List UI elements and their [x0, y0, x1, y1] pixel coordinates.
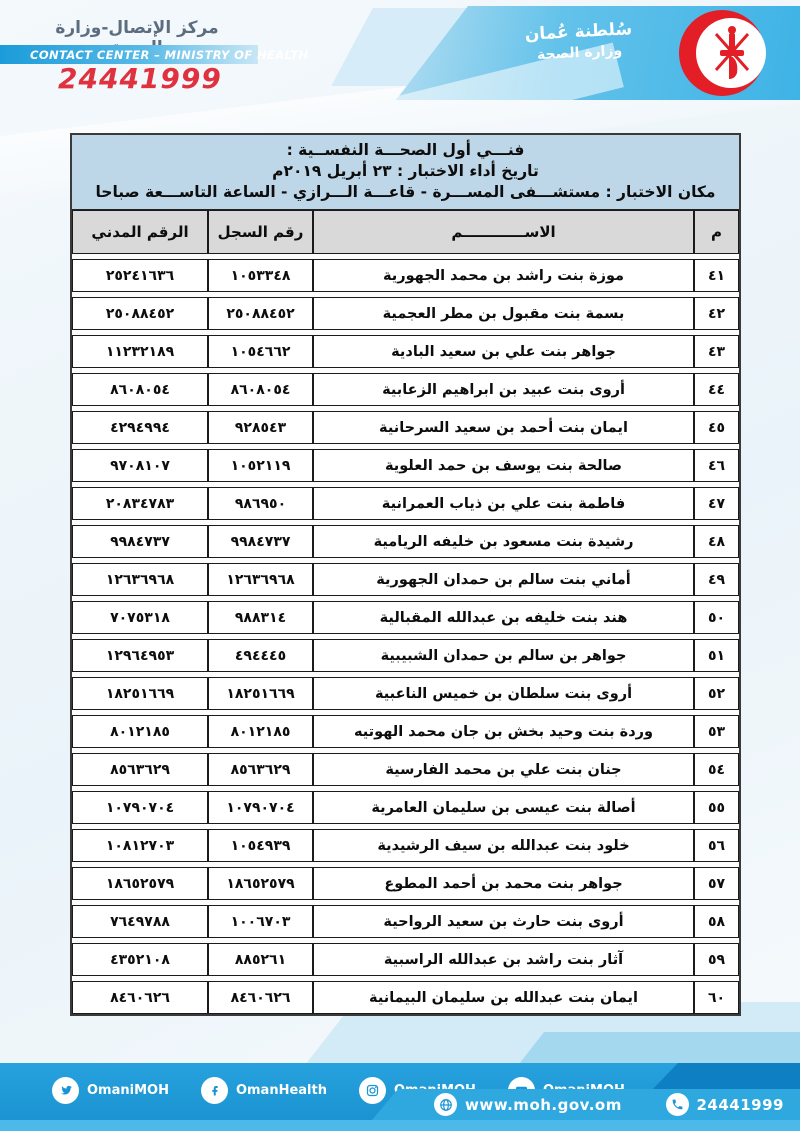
civil-cell: ١٠٨١٢٧٠٣: [72, 829, 208, 862]
serial-cell: ٤٢: [694, 297, 739, 330]
social-link-facebook[interactable]: OmanHealth: [201, 1077, 327, 1104]
footer-phone-text: 24441999: [697, 1096, 785, 1114]
name-cell: جواهر بنت علي بن سعيد البادية: [313, 335, 694, 368]
document-page: مركز الإتصال-وزارة الصحة CONTACT CENTER …: [0, 0, 800, 1131]
registration-cell: ١٨٦٥٢٥٧٩: [208, 867, 313, 900]
registration-cell: ٨٠١٢١٨٥: [208, 715, 313, 748]
serial-cell: ٤٦: [694, 449, 739, 482]
website-link[interactable]: www.moh.gov.om: [434, 1093, 622, 1116]
serial-cell: ٥٤: [694, 753, 739, 786]
column-header-registration: رقم السجل: [208, 210, 313, 254]
civil-cell: ١١٢٣٢١٨٩: [72, 335, 208, 368]
civil-cell: ٢٠٨٣٤٧٨٣: [72, 487, 208, 520]
footer-band: OmaniMOH OmanHealth OmaniMOH: [0, 1063, 800, 1120]
globe-icon: [434, 1093, 457, 1116]
name-cell: موزة بنت راشد بن محمد الجهورية: [313, 259, 694, 292]
hotline-number: 24441999: [58, 62, 222, 95]
registration-cell: ٨٤٦٠٦٢٦: [208, 981, 313, 1014]
name-cell: هند بنت خليفه بن عبدالله المقبالية: [313, 601, 694, 634]
registration-cell: ٩٩٨٤٧٣٧: [208, 525, 313, 558]
civil-cell: ١٨٢٥١٦٦٩: [72, 677, 208, 710]
serial-cell: ٥٠: [694, 601, 739, 634]
registration-cell: ٩٨٦٩٥٠: [208, 487, 313, 520]
serial-cell: ٥٥: [694, 791, 739, 824]
name-cell: جنان بنت علي بن محمد الفارسية: [313, 753, 694, 786]
facebook-icon: [201, 1077, 228, 1104]
name-cell: أماني بنت سالم بن حمدان الجهورية: [313, 563, 694, 596]
civil-cell: ١٢٦٣٦٩٦٨: [72, 563, 208, 596]
registration-cell: ١٨٢٥١٦٦٩: [208, 677, 313, 710]
footer: OmaniMOH OmanHealth OmaniMOH: [0, 1063, 800, 1131]
serial-cell: ٥٩: [694, 943, 739, 976]
civil-cell: ٤٢٩٤٩٩٤: [72, 411, 208, 444]
registration-cell: ١٠٧٩٠٧٠٤: [208, 791, 313, 824]
serial-cell: ٤٥: [694, 411, 739, 444]
name-cell: بسمة بنت مقبول بن مطر العجمية: [313, 297, 694, 330]
registration-cell: ٤٩٤٤٤٥: [208, 639, 313, 672]
serial-cell: ٤٧: [694, 487, 739, 520]
footer-contact-bar: www.moh.gov.om 24441999: [372, 1089, 800, 1120]
civil-cell: ٤٣٥٢١٠٨: [72, 943, 208, 976]
serial-cell: ٥١: [694, 639, 739, 672]
name-cell: أروى بنت سلطان بن خميس الناعبية: [313, 677, 694, 710]
serial-cell: ٦٠: [694, 981, 739, 1014]
contact-center-title-en: CONTACT CENTER – MINISTRY OF HEALTH: [0, 48, 309, 62]
name-cell: ايمان بنت عبدالله بن سليمان البيمانية: [313, 981, 694, 1014]
serial-cell: ٤٤: [694, 373, 739, 406]
footer-dark-polygon: [650, 1063, 800, 1092]
civil-cell: ١٠٧٩٠٧٠٤: [72, 791, 208, 824]
website-text: www.moh.gov.om: [465, 1096, 622, 1114]
name-cell: جواهر بنت محمد بن أحمد المطوع: [313, 867, 694, 900]
serial-cell: ٥٨: [694, 905, 739, 938]
name-cell: خلود بنت عبدالله بن سيف الرشيدية: [313, 829, 694, 862]
registration-cell: ٢٥٠٨٨٤٥٢: [208, 297, 313, 330]
registration-cell: ١٠٥٣٣٤٨: [208, 259, 313, 292]
registration-cell: ١٠٠٦٧٠٣: [208, 905, 313, 938]
civil-cell: ١٢٩٦٤٩٥٣: [72, 639, 208, 672]
serial-cell: ٥٢: [694, 677, 739, 710]
registration-cell: ١٢٦٣٦٩٦٨: [208, 563, 313, 596]
name-cell: فاطمة بنت علي بن ذياب العمرانية: [313, 487, 694, 520]
serial-cell: ٥٦: [694, 829, 739, 862]
name-cell: أروى بنت حارث بن سعيد الرواحية: [313, 905, 694, 938]
name-cell: أروى بنت عبيد بن ابراهيم الزعابية: [313, 373, 694, 406]
serial-cell: ٤١: [694, 259, 739, 292]
registration-cell: ٨٦٠٨٠٥٤: [208, 373, 313, 406]
civil-cell: ١٨٦٥٢٥٧٩: [72, 867, 208, 900]
exam-date: تاريخ أداء الاختبار : ٢٣ أبريل ٢٠١٩م: [80, 161, 731, 182]
serial-cell: ٤٣: [694, 335, 739, 368]
phone-icon: [666, 1093, 689, 1116]
registration-cell: ٩٢٨٥٤٣: [208, 411, 313, 444]
civil-cell: ٢٥٢٤١٦٣٦: [72, 259, 208, 292]
serial-cell: ٤٩: [694, 563, 739, 596]
registration-cell: ١٠٥٢١١٩: [208, 449, 313, 482]
serial-cell: ٥٣: [694, 715, 739, 748]
name-cell: جواهر بن سالم بن حمدان الشبيبية: [313, 639, 694, 672]
civil-cell: ٨٤٦٠٦٢٦: [72, 981, 208, 1014]
registration-cell: ٨٥٦٣٦٢٩: [208, 753, 313, 786]
social-label: OmaniMOH: [87, 1083, 169, 1098]
name-cell: صالحة بنت يوسف بن حمد العلوية: [313, 449, 694, 482]
footer-phone[interactable]: 24441999: [666, 1093, 785, 1116]
social-link-twitter[interactable]: OmaniMOH: [52, 1077, 169, 1104]
name-cell: أصالة بنت عيسى بن سليمان العامرية: [313, 791, 694, 824]
registration-cell: ٨٨٥٢٦١: [208, 943, 313, 976]
exam-info-header: فنـــي أول الصحـــة النفســية : تاريخ أد…: [72, 135, 739, 210]
registration-cell: ١٠٥٤٩٣٩: [208, 829, 313, 862]
ministry-calligraphy: سُلطنة عُمان وزارة الصحة: [503, 18, 655, 65]
serial-cell: ٥٧: [694, 867, 739, 900]
moh-crescent-logo-icon: [664, 6, 788, 100]
civil-cell: ٩٧٠٨١٠٧: [72, 449, 208, 482]
civil-cell: ٧٦٤٩٧٨٨: [72, 905, 208, 938]
column-header-civil: الرقم المدني: [72, 210, 208, 254]
civil-cell: ٩٩٨٤٧٣٧: [72, 525, 208, 558]
registration-cell: ١٠٥٤٦٦٢: [208, 335, 313, 368]
twitter-icon: [52, 1077, 79, 1104]
instagram-icon: [359, 1077, 386, 1104]
civil-cell: ٨٠١٢١٨٥: [72, 715, 208, 748]
name-cell: آثار بنت راشد بن عبدالله الراسبية: [313, 943, 694, 976]
civil-cell: ٨٦٠٨٠٥٤: [72, 373, 208, 406]
footer-bottom-strip: [0, 1120, 800, 1131]
exam-title: فنـــي أول الصحـــة النفســية :: [80, 140, 731, 161]
name-cell: وردة بنت وحيد بخش بن جان محمد الهوتيه: [313, 715, 694, 748]
social-label: OmanHealth: [236, 1083, 327, 1098]
registration-cell: ٩٨٨٣١٤: [208, 601, 313, 634]
column-header-name: الاســــــــــــم: [313, 210, 694, 254]
exam-location: مكان الاختبار : مستشـــفى المســـرة - قا…: [80, 182, 731, 203]
candidate-table: فنـــي أول الصحـــة النفســية : تاريخ أد…: [70, 133, 741, 1016]
serial-cell: ٤٨: [694, 525, 739, 558]
table-grid: م الاســــــــــــم رقم السجل الرقم المد…: [72, 210, 739, 1014]
name-cell: رشيدة بنت مسعود بن خليفه الريامية: [313, 525, 694, 558]
civil-cell: ٢٥٠٨٨٤٥٢: [72, 297, 208, 330]
column-header-serial: م: [694, 210, 739, 254]
civil-cell: ٧٠٧٥٣١٨: [72, 601, 208, 634]
civil-cell: ٨٥٦٣٦٢٩: [72, 753, 208, 786]
name-cell: ايمان بنت أحمد بن سعيد السرحانية: [313, 411, 694, 444]
